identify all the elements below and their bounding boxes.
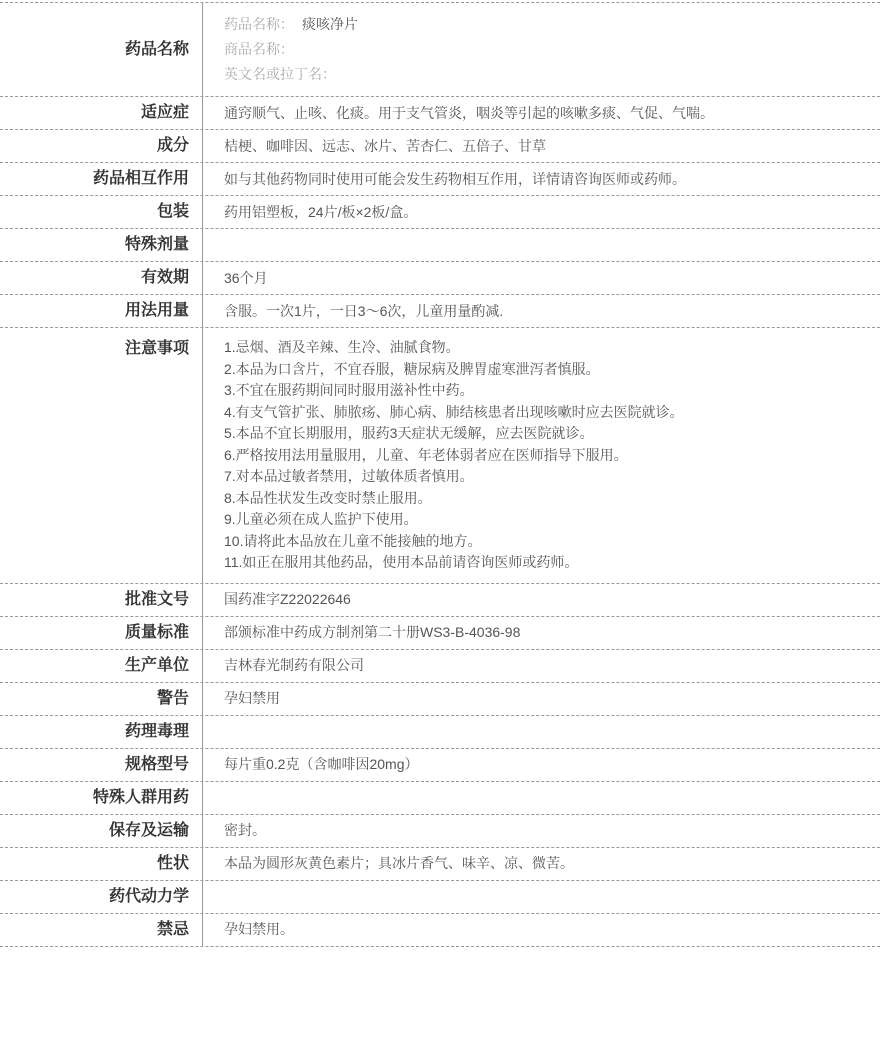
row-label: 质量标准 <box>0 617 203 649</box>
precaution-item: 1.忌烟、酒及辛辣、生冷、油腻食物。 <box>224 337 868 359</box>
row-content: 通窍顺气、止咳、化痰。用于支气管炎，咽炎等引起的咳嗽多痰、气促、气喘。 <box>203 97 880 129</box>
row-storage-transport: 保存及运输 密封。 <box>0 815 880 848</box>
row-approval-number: 批准文号 国药准字Z22022646 <box>0 584 880 617</box>
precaution-item: 6.严格按用法用量服用，儿童、年老体弱者应在医师指导下服用。 <box>224 445 868 467</box>
generic-name-prefix: 药品名称： <box>224 16 294 32</box>
precaution-item: 11.如正在服用其他药品，使用本品前请咨询医师或药师。 <box>224 552 868 574</box>
row-description: 性状 本品为圆形灰黄色素片；具冰片香气、味辛、凉、微苦。 <box>0 848 880 881</box>
precaution-item: 10.请将此本品放在儿童不能接触的地方。 <box>224 531 868 553</box>
row-content <box>203 881 880 913</box>
row-content: 36个月 <box>203 262 880 294</box>
drug-name-line: 药品名称：痰咳净片 <box>224 12 868 37</box>
row-pharmacology-toxicology: 药理毒理 <box>0 716 880 749</box>
row-label: 生产单位 <box>0 650 203 682</box>
row-manufacturer: 生产单位 吉林春光制药有限公司 <box>0 650 880 683</box>
precaution-item: 8.本品性状发生改变时禁止服用。 <box>224 488 868 510</box>
english-name-prefix: 英文名或拉丁名： <box>224 66 336 82</box>
precaution-item: 5.本品不宜长期服用，服药3天症状无缓解，应去医院就诊。 <box>224 423 868 445</box>
row-label: 批准文号 <box>0 584 203 616</box>
trade-name-prefix: 商品名称： <box>224 41 294 57</box>
row-label: 有效期 <box>0 262 203 294</box>
row-content: 部颁标准中药成方制剂第二十册WS3-B-4036-98 <box>203 617 880 649</box>
row-label: 药理毒理 <box>0 716 203 748</box>
row-content: 国药准字Z22022646 <box>203 584 880 616</box>
row-label: 药品相互作用 <box>0 163 203 195</box>
row-label: 药品名称 <box>0 3 203 96</box>
row-label: 警告 <box>0 683 203 715</box>
row-precautions: 注意事项 1.忌烟、酒及辛辣、生冷、油腻食物。 2.本品为口含片，不宜吞服，糖尿… <box>0 328 880 584</box>
row-content <box>203 782 880 814</box>
row-ingredients: 成分 桔梗、咖啡因、远志、冰片、苦杏仁、五倍子、甘草 <box>0 130 880 163</box>
row-content: 孕妇禁用 <box>203 683 880 715</box>
row-content: 含服。一次1片，一日3～6次，儿童用量酌减. <box>203 295 880 327</box>
row-content: 密封。 <box>203 815 880 847</box>
row-label: 禁忌 <box>0 914 203 946</box>
row-dosage-usage: 用法用量 含服。一次1片，一日3～6次，儿童用量酌减. <box>0 295 880 328</box>
trade-name-line: 商品名称： <box>224 37 868 62</box>
row-contraindications: 禁忌 孕妇禁用。 <box>0 914 880 947</box>
row-quality-standard: 质量标准 部颁标准中药成方制剂第二十册WS3-B-4036-98 <box>0 617 880 650</box>
row-pharmacokinetics: 药代动力学 <box>0 881 880 914</box>
row-label: 特殊剂量 <box>0 229 203 261</box>
row-content: 1.忌烟、酒及辛辣、生冷、油腻食物。 2.本品为口含片，不宜吞服，糖尿病及脾胃虚… <box>203 328 880 583</box>
row-content <box>203 716 880 748</box>
row-label: 成分 <box>0 130 203 162</box>
row-drug-interactions: 药品相互作用 如与其他药物同时使用可能会发生药物相互作用，详情请咨询医师或药师。 <box>0 163 880 196</box>
row-content: 桔梗、咖啡因、远志、冰片、苦杏仁、五倍子、甘草 <box>203 130 880 162</box>
row-label: 药代动力学 <box>0 881 203 913</box>
row-warning: 警告 孕妇禁用 <box>0 683 880 716</box>
row-label: 注意事项 <box>0 328 203 583</box>
row-special-dosage: 特殊剂量 <box>0 229 880 262</box>
row-indications: 适应症 通窍顺气、止咳、化痰。用于支气管炎，咽炎等引起的咳嗽多痰、气促、气喘。 <box>0 97 880 130</box>
row-content: 如与其他药物同时使用可能会发生药物相互作用，详情请咨询医师或药师。 <box>203 163 880 195</box>
row-shelf-life: 有效期 36个月 <box>0 262 880 295</box>
row-packaging: 包装 药用铝塑板，24片/板×2板/盒。 <box>0 196 880 229</box>
row-drug-name: 药品名称 药品名称：痰咳净片 商品名称： 英文名或拉丁名： <box>0 3 880 97</box>
row-label: 特殊人群用药 <box>0 782 203 814</box>
row-content: 孕妇禁用。 <box>203 914 880 946</box>
row-label: 保存及运输 <box>0 815 203 847</box>
row-content: 本品为圆形灰黄色素片；具冰片香气、味辛、凉、微苦。 <box>203 848 880 880</box>
row-content: 药用铝塑板，24片/板×2板/盒。 <box>203 196 880 228</box>
precaution-item: 2.本品为口含片，不宜吞服，糖尿病及脾胃虚寒泄泻者慎服。 <box>224 359 868 381</box>
row-content: 每片重0.2克（含咖啡因20mg） <box>203 749 880 781</box>
row-content: 吉林春光制药有限公司 <box>203 650 880 682</box>
row-specification: 规格型号 每片重0.2克（含咖啡因20mg） <box>0 749 880 782</box>
english-name-line: 英文名或拉丁名： <box>224 62 868 87</box>
precaution-item: 4.有支气管扩张、肺脓疡、肺心病、肺结核患者出现咳嗽时应去医院就诊。 <box>224 402 868 424</box>
row-label: 规格型号 <box>0 749 203 781</box>
row-label: 性状 <box>0 848 203 880</box>
generic-name-value: 痰咳净片 <box>302 16 358 32</box>
row-content <box>203 229 880 261</box>
drug-info-table: 药品名称 药品名称：痰咳净片 商品名称： 英文名或拉丁名： 适应症 通窍顺气、止… <box>0 2 880 947</box>
row-content: 药品名称：痰咳净片 商品名称： 英文名或拉丁名： <box>203 3 880 96</box>
precaution-item: 9.儿童必须在成人监护下使用。 <box>224 509 868 531</box>
row-label: 用法用量 <box>0 295 203 327</box>
row-special-populations: 特殊人群用药 <box>0 782 880 815</box>
precaution-item: 7.对本品过敏者禁用，过敏体质者慎用。 <box>224 466 868 488</box>
row-label: 包装 <box>0 196 203 228</box>
row-label: 适应症 <box>0 97 203 129</box>
precaution-item: 3.不宜在服药期间同时服用滋补性中药。 <box>224 380 868 402</box>
